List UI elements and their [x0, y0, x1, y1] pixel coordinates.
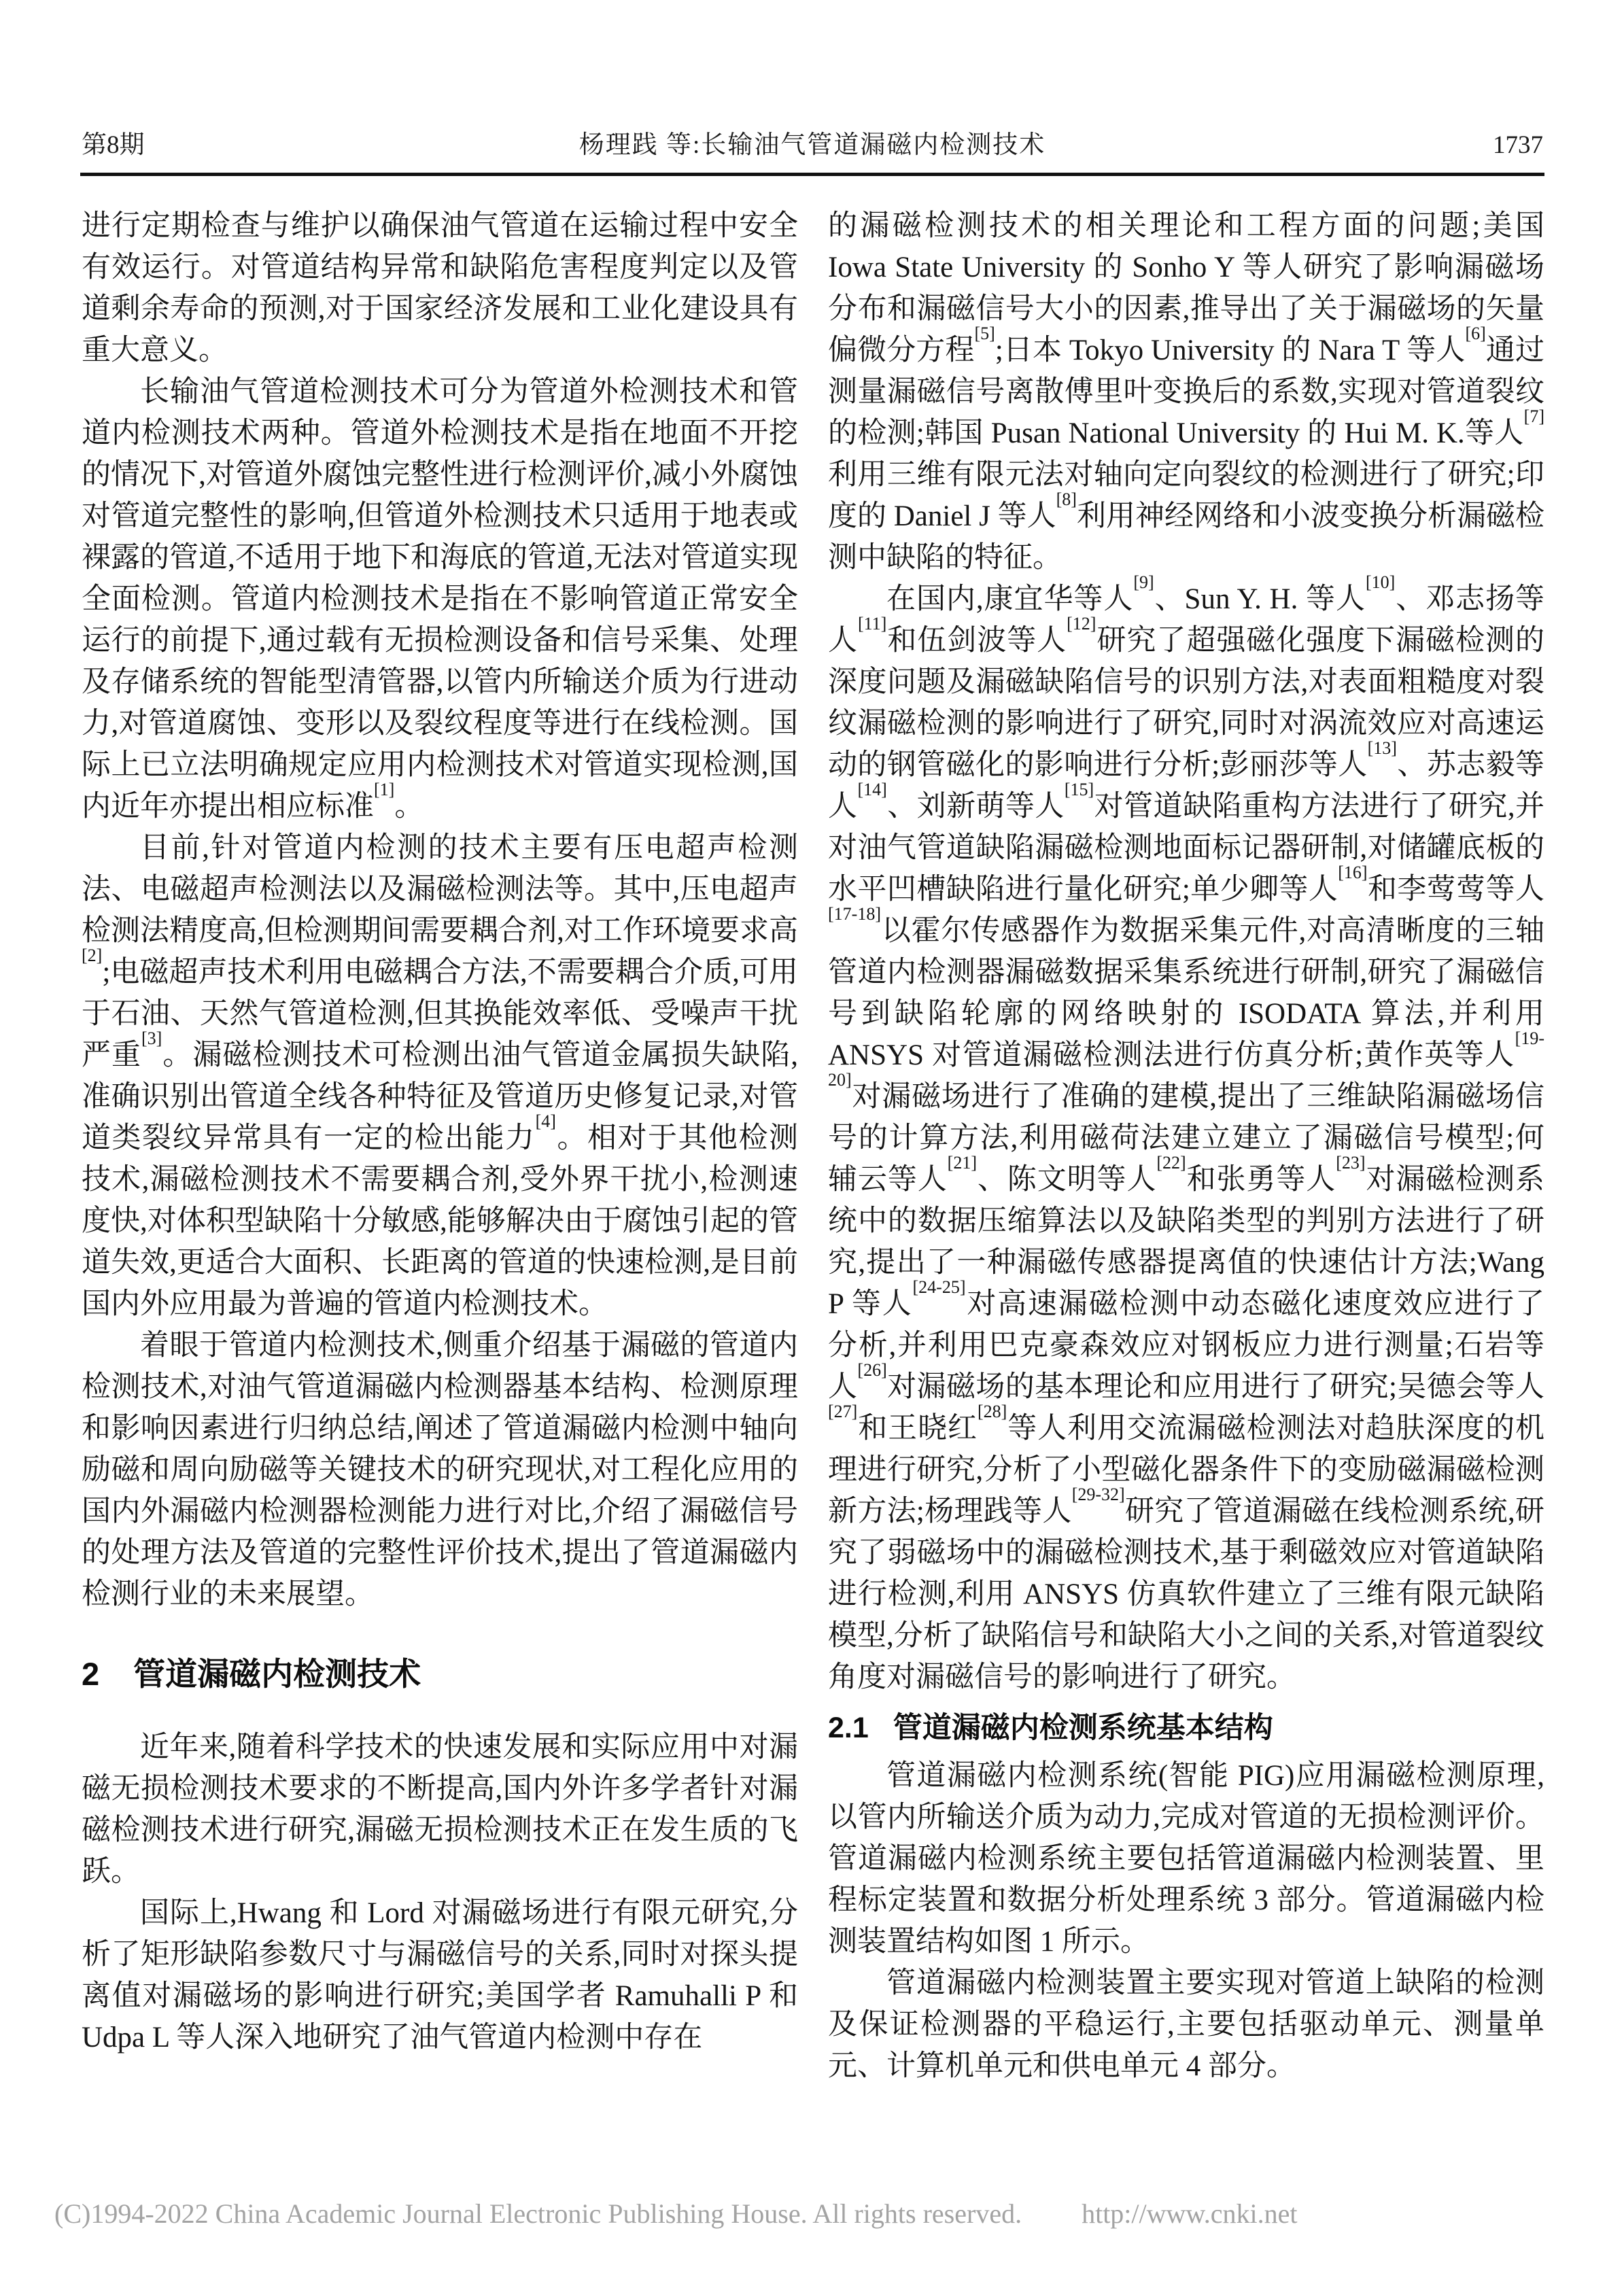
citation-ref: [28] — [978, 1402, 1007, 1421]
citation-ref: [13] — [1368, 738, 1397, 758]
right-column: 的漏磁检测技术的相关理论和工程方面的问题;美国 Iowa State Unive… — [828, 205, 1544, 2087]
section-heading: 2管道漏磁内检测技术 — [82, 1655, 798, 1694]
citation-ref: [2] — [82, 946, 102, 965]
citation-ref: [21] — [948, 1153, 977, 1173]
paragraph: 的漏磁检测技术的相关理论和工程方面的问题;美国 Iowa State Unive… — [828, 205, 1544, 578]
subsection-title: 管道漏磁内检测系统基本结构 — [893, 1712, 1273, 1744]
paragraph: 管道漏磁内检测装置主要实现对管道上缺陷的检测及保证检测器的平稳运行,主要包括驱动… — [828, 1962, 1544, 2087]
citation-ref: [11] — [858, 614, 886, 634]
header-rule — [80, 173, 1544, 176]
running-title: 杨理践 等:长输油气管道漏磁内检测技术 — [306, 129, 1319, 162]
left-column: 进行定期检查与维护以确保油气管道在运输过程中安全有效运行。对管道结构异常和缺陷危… — [82, 205, 798, 2087]
citation-ref: [19-20] — [828, 1028, 1544, 1090]
citation-ref: [15] — [1065, 780, 1094, 799]
citation-ref: [12] — [1067, 614, 1096, 634]
paragraph: 长输油气管道检测技术可分为管道外检测技术和管道内检测技术两种。管道外检测技术是指… — [82, 371, 798, 827]
citation-ref: [9] — [1133, 572, 1154, 592]
citation-ref: [5] — [975, 324, 995, 343]
citation-ref: [23] — [1336, 1153, 1365, 1173]
citation-ref: [1] — [374, 780, 394, 799]
page-number: 1737 — [1319, 129, 1543, 162]
section-number: 2 — [82, 1655, 99, 1694]
paragraph: 近年来,随着科学技术的快速发展和实际应用中对漏磁无损检测技术要求的不断提高,国内… — [82, 1727, 798, 1892]
citation-ref: [7] — [1524, 406, 1544, 426]
subsection-heading: 2.1管道漏磁内检测系统基本结构 — [828, 1709, 1544, 1747]
paragraph: 管道漏磁内检测系统(智能 PIG)应用漏磁检测原理,以管内所输送介质为动力,完成… — [828, 1755, 1544, 1962]
citation-ref: [22] — [1156, 1153, 1186, 1173]
citation-ref: [3] — [141, 1028, 162, 1048]
citation-ref: [4] — [536, 1111, 556, 1131]
paragraph: 目前,针对管道内检测的技术主要有压电超声检测法、电磁超声检测法以及漏磁检测法等。… — [82, 827, 798, 1325]
article-body: 进行定期检查与维护以确保油气管道在运输过程中安全有效运行。对管道结构异常和缺陷危… — [82, 205, 1544, 2087]
citation-ref: [24-25] — [913, 1277, 966, 1297]
cnki-footer: (C)1994-2022 China Academic Journal Elec… — [54, 2197, 1577, 2231]
citation-ref: [16] — [1338, 863, 1367, 882]
citation-ref: [29-32] — [1072, 1485, 1125, 1504]
citation-ref: [17-18] — [828, 904, 881, 924]
paragraph: 进行定期检查与维护以确保油气管道在运输过程中安全有效运行。对管道结构异常和缺陷危… — [82, 205, 798, 371]
page-header: 第8期 杨理践 等:长输油气管道漏磁内检测技术 1737 — [82, 129, 1543, 162]
citation-ref: [14] — [857, 780, 886, 799]
citation-ref: [6] — [1466, 324, 1486, 343]
subsection-number: 2.1 — [828, 1709, 869, 1747]
citation-ref: [27] — [828, 1402, 857, 1421]
copyright-notice: (C)1994-2022 China Academic Journal Elec… — [54, 2198, 1022, 2229]
paragraph: 在国内,康宜华等人[9]、Sun Y. H. 等人[10]、邓志扬等人[11]和… — [828, 578, 1544, 1698]
journal-page-scan: 第8期 杨理践 等:长输油气管道漏磁内检测技术 1737 进行定期检查与维护以确… — [0, 0, 1624, 2269]
section-title: 管道漏磁内检测技术 — [133, 1656, 421, 1692]
issue-number: 第8期 — [82, 129, 306, 162]
cnki-url: http://www.cnki.net — [1082, 2198, 1297, 2229]
paragraph: 着眼于管道内检测技术,侧重介绍基于漏磁的管道内检测技术,对油气管道漏磁内检测器基… — [82, 1325, 798, 1615]
paragraph: 国际上,Hwang 和 Lord 对漏磁场进行有限元研究,分析了矩形缺陷参数尺寸… — [82, 1892, 798, 2058]
citation-ref: [8] — [1056, 489, 1077, 509]
citation-ref: [10] — [1366, 572, 1395, 592]
citation-ref: [26] — [857, 1360, 886, 1380]
